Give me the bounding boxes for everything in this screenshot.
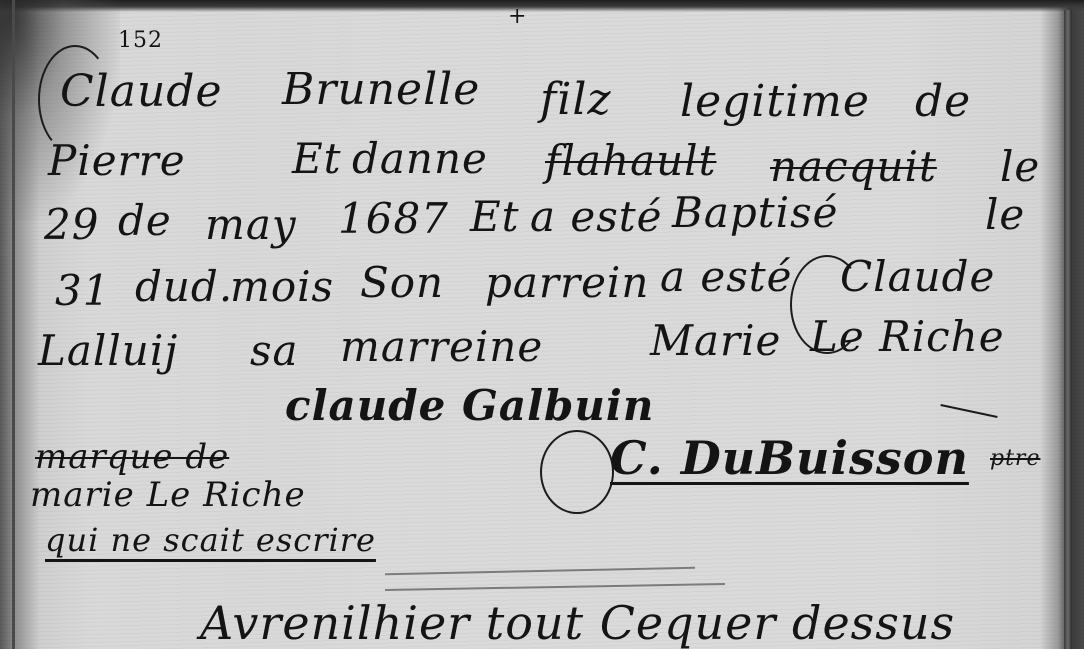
word-year-1687: 1687 [338, 198, 449, 240]
word-legitime: legitime [680, 80, 870, 124]
word-a-este: a esté [660, 256, 793, 298]
word-flahault: flahault [545, 140, 716, 182]
word-pierre: Pierre [48, 140, 186, 182]
word-marie: Marie [650, 320, 781, 362]
word-le: le [985, 194, 1025, 236]
word-son: Son [360, 262, 444, 304]
word-de: de [915, 80, 971, 124]
word-sa: sa [250, 330, 299, 372]
word-brunelle: Brunelle [282, 68, 480, 112]
separator-line-1 [385, 567, 695, 575]
priest-title-abbrev: ptre [990, 448, 1040, 470]
word-day-31: 31 [55, 270, 110, 312]
margin-cross-mark: + [508, 6, 527, 28]
word-danne: danne [352, 138, 488, 180]
word-nacquit: nacquit [770, 146, 937, 188]
word-de: de [118, 200, 172, 242]
left-margin-rule [12, 0, 15, 649]
word-may: may [205, 204, 297, 246]
word-le-riche: Le Riche [810, 316, 1005, 358]
word-marreine: marreine [340, 326, 543, 368]
word-filz: filz [540, 78, 612, 122]
page-top-edge [0, 0, 1084, 12]
page-number: 152 [118, 30, 163, 52]
word-et: Et [470, 196, 520, 238]
signature-c-flourish [540, 430, 614, 514]
word-day-29: 29 [44, 204, 99, 246]
word-claude: Claude [840, 256, 995, 298]
godmother-name: marie Le Riche [30, 478, 306, 512]
word-et: Et [292, 138, 342, 180]
right-margin-rule [1064, 10, 1072, 649]
next-entry-start: Avrenilhier tout Cequer dessus [200, 600, 955, 646]
godmother-illiterate-note: qui ne scait escrire [45, 524, 376, 556]
word-le: le [1000, 146, 1040, 188]
word-parrein: parrein [485, 262, 649, 304]
word-a-este: a esté [530, 196, 663, 238]
godfather-signature: claude Galbuin [285, 385, 654, 427]
word-lalluij: Lalluij [38, 330, 178, 372]
separator-line-2 [385, 583, 725, 591]
margin-dash [940, 404, 997, 418]
word-claude: Claude [60, 70, 223, 114]
word-baptise: Baptisé [672, 192, 839, 234]
priest-signature: C. DuBuisson [610, 435, 969, 481]
scanned-register-page: 152 + Claude Brunelle filz legitime de P… [0, 0, 1084, 649]
word-dud: dud. [135, 266, 233, 308]
godmother-mark-line: marque de [35, 440, 229, 474]
word-mois: mois [230, 266, 334, 308]
